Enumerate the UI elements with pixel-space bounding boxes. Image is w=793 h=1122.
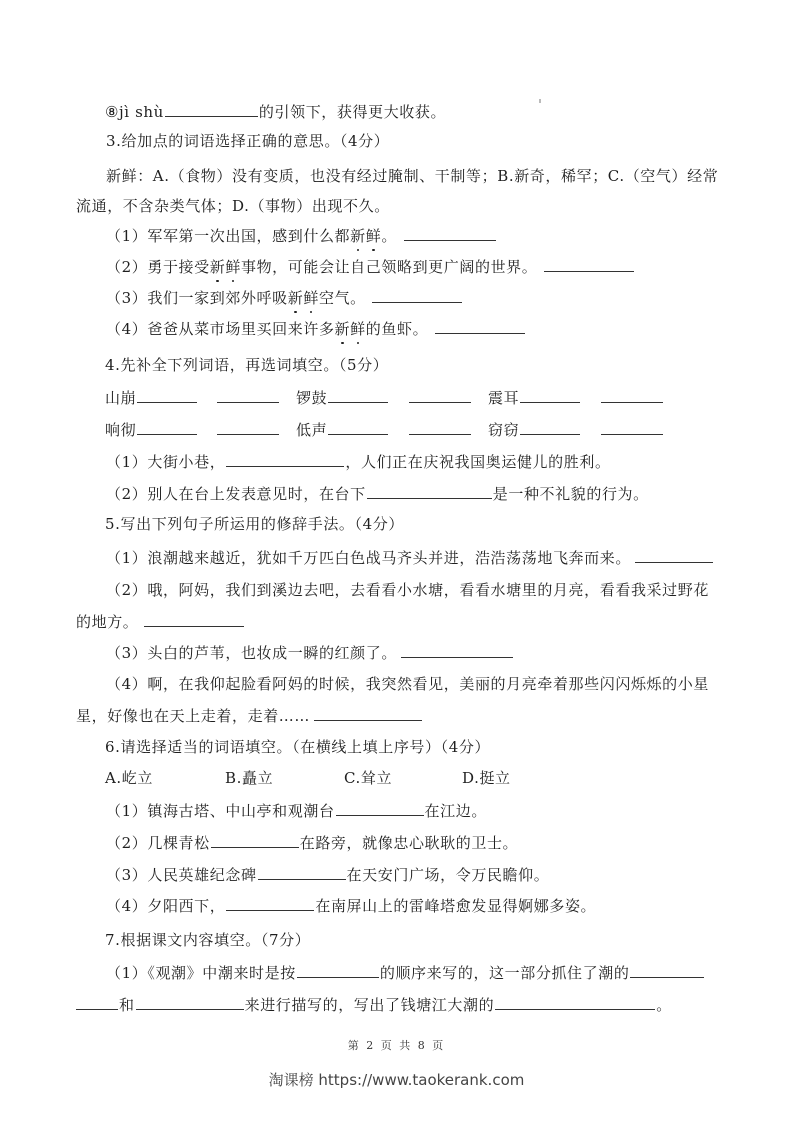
answer-blank[interactable]: [544, 256, 634, 272]
answer-blank[interactable]: [404, 225, 496, 241]
q3-definitions-line2: 流通，不含杂类气体；D.（事物）出现不久。: [76, 196, 390, 216]
answer-blank[interactable]: [367, 483, 492, 499]
answer-blank[interactable]: [165, 101, 258, 117]
q4-title: 4.先补全下列词语，再选词填空。（5分）: [105, 355, 388, 375]
word-blank[interactable]: [409, 419, 471, 435]
q5-title: 5.写出下列句子所运用的修辞手法。（4分）: [105, 514, 404, 534]
answer-blank[interactable]: [76, 994, 118, 1010]
answer-blank[interactable]: [226, 451, 344, 467]
answer-blank[interactable]: [226, 895, 314, 911]
site-watermark: 淘课榜 https://www.taokerank.com: [0, 1069, 793, 1090]
answer-blank[interactable]: [372, 287, 462, 303]
dotted-char: 新: [350, 226, 366, 246]
scan-speck: [539, 99, 541, 103]
dotted-char: 新: [288, 288, 304, 308]
exam-page: ⑧jì shù的引领下，获得更大收获。 3.给加点的词语选择正确的意思。（4分）…: [0, 0, 793, 1122]
option-b: B.矗立: [225, 768, 273, 788]
dotted-char: 鲜: [225, 257, 241, 277]
word-blank[interactable]: [328, 419, 388, 435]
answer-blank[interactable]: [136, 994, 244, 1010]
q4-item-2: （2）别人在台上发表意见时，在台下是一种不礼貌的行为。: [106, 483, 649, 504]
answer-blank[interactable]: [336, 800, 424, 816]
q7-title: 7.根据课文内容填空。（7分）: [105, 930, 310, 950]
q7-item-1-line2: 和来进行描写的，写出了钱塘江大潮的。: [76, 994, 672, 1015]
q5-item-4-line2: 星，好像也在天上走着，走着……: [76, 705, 423, 726]
q5-item-2-line2: 的地方。: [76, 611, 245, 632]
dotted-char: 鲜: [303, 288, 319, 308]
word-blank[interactable]: [137, 387, 197, 403]
answer-blank[interactable]: [401, 642, 513, 658]
answer-blank[interactable]: [211, 832, 299, 848]
word-blank[interactable]: [601, 387, 663, 403]
dotted-char: 鲜: [366, 226, 382, 246]
word-blank[interactable]: [520, 419, 580, 435]
answer-blank[interactable]: [297, 962, 379, 978]
q2-item8: ⑧jì shù的引领下，获得更大收获。: [105, 101, 446, 122]
q3-item-4: （4）爸爸从菜市场里买回来许多新鲜的鱼虾。: [106, 318, 526, 339]
q6-item-3: （3）人民英雄纪念碑在天安门广场，令万民瞻仰。: [106, 864, 549, 885]
q3-item-3: （3）我们一家到郊外呼吸新鲜空气。: [106, 287, 463, 308]
q5-item-2-line1: （2）哦，阿妈，我们到溪边去吧，去看看小水塘，看看水塘里的月亮，看看我采过野花: [106, 580, 709, 600]
answer-blank[interactable]: [144, 611, 244, 627]
q7-item-1-line1: （1）《观潮》中潮来时是按的顺序来写的，这一部分抓住了潮的: [106, 962, 705, 983]
word-blank[interactable]: [328, 387, 388, 403]
option-a: A.屹立: [105, 768, 153, 788]
answer-blank[interactable]: [635, 547, 713, 563]
answer-blank[interactable]: [314, 705, 422, 721]
q6-item-4: （4）夕阳西下，在南屏山上的雷峰塔愈发显得婀娜多姿。: [106, 895, 596, 916]
dotted-char: 鲜: [350, 319, 366, 339]
dotted-char: 新: [210, 257, 226, 277]
word-blank[interactable]: [409, 387, 471, 403]
word-blank[interactable]: [601, 419, 663, 435]
dotted-char: 新: [335, 319, 351, 339]
q6-title: 6.请选择适当的词语填空。（在横线上填上序号）（4分）: [105, 737, 490, 757]
q6-item-1: （1）镇海古塔、中山亭和观潮台在江边。: [106, 800, 487, 821]
option-c: C.耸立: [344, 768, 392, 788]
q6-item-2: （2）几棵青松在路旁，就像忠心耿耿的卫士。: [106, 832, 518, 853]
word-blank[interactable]: [520, 387, 580, 403]
q3-item-1: （1）军军第一次出国，感到什么都新鲜。: [106, 225, 497, 246]
answer-blank[interactable]: [435, 318, 525, 334]
word-blank[interactable]: [137, 419, 197, 435]
answer-blank[interactable]: [495, 994, 655, 1010]
q4-item-1: （1）大街小巷，，人们正在庆祝我国奥运健儿的胜利。: [106, 451, 611, 472]
word-blank[interactable]: [217, 419, 279, 435]
answer-blank[interactable]: [258, 864, 346, 880]
q5-item-4-line1: （4）啊，在我仰起脸看阿妈的时候，我突然看见，美丽的月亮牵着那些闪闪烁烁的小星: [106, 674, 709, 694]
page-number: 第 2 页 共 8 页: [0, 1037, 793, 1053]
q3-title: 3.给加点的词语选择正确的意思。（4分）: [106, 131, 389, 151]
q3-item-2: （2）勇于接受新鲜事物，可能会让自己领略到更广阔的世界。: [106, 256, 635, 277]
answer-blank[interactable]: [630, 962, 704, 978]
q5-item-3: （3）头白的芦苇，也妆成一瞬的红颜了。: [106, 642, 514, 663]
q3-definitions-line1: 新鲜：A.（食物）没有变质，也没有经过腌制、干制等；B.新奇，稀罕；C.（空气）…: [106, 166, 718, 186]
q5-item-1: （1）浪潮越来越近，犹如千万匹白色战马齐头并进，浩浩荡荡地飞奔而来。: [106, 547, 714, 568]
word-blank[interactable]: [217, 387, 279, 403]
option-d: D.挺立: [462, 768, 511, 788]
